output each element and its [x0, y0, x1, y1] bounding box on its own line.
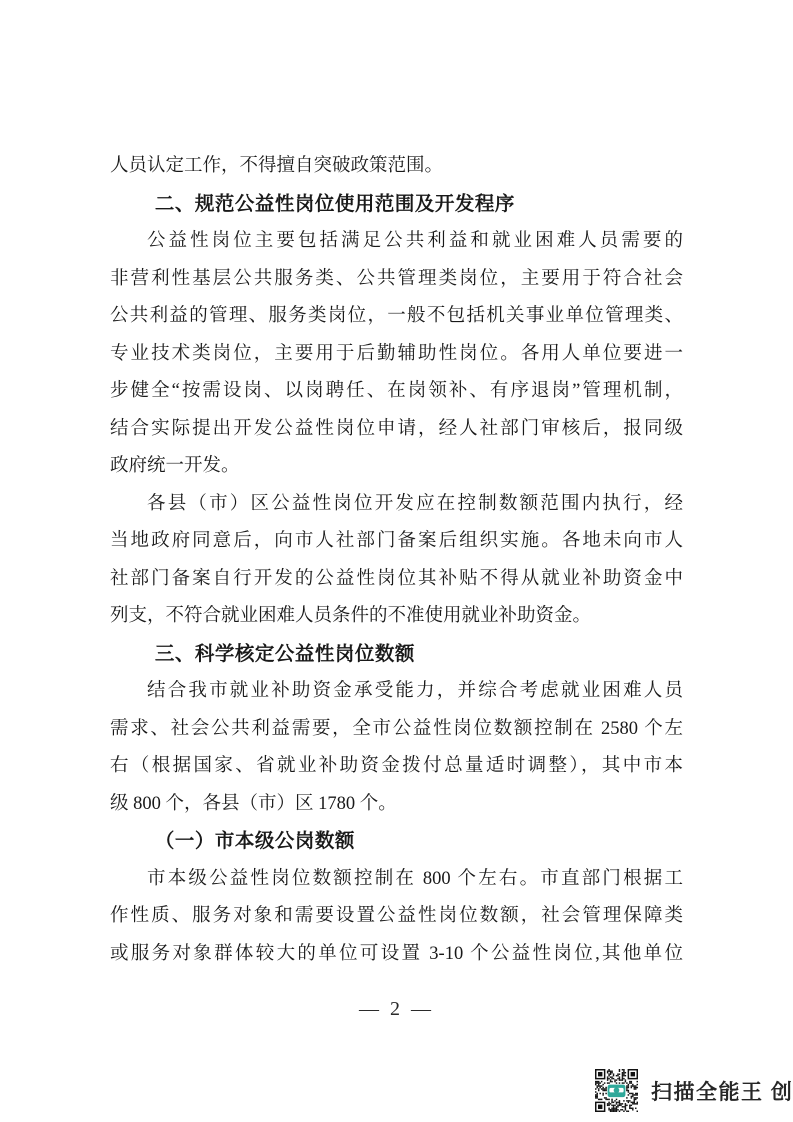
section-heading: （一）市本级公岗数额 [110, 823, 683, 861]
text-line: 社部门备案自行开发的公益性岗位其补贴不得从就业补助资金中 [110, 561, 683, 599]
text-line: 或服务对象群体较大的单位可设置 3-10 个公益性岗位,其他单位 [110, 936, 683, 974]
text-line: 作性质、服务对象和需要设置公益性岗位数额，社会管理保障类 [110, 898, 683, 936]
section-heading: 三、科学核定公益性岗位数额 [110, 636, 683, 674]
text-line: 当地政府同意后，向市人社部门备案后组织实施。各地未向市人 [110, 523, 683, 561]
text-line: 级 800 个，各县（市）区 1780 个。 [110, 786, 683, 824]
document-page: 人员认定工作，不得擅自突破政策范围。二、规范公益性岗位使用范围及开发程序公益性岗… [0, 0, 793, 1122]
camscanner-badge-label: 扫描全能王 创建 [651, 1076, 793, 1106]
text-line: 专业技术类岗位，主要用于后勤辅助性岗位。各用人单位要进一 [110, 336, 683, 374]
text-line: 市本级公益性岗位数额控制在 800 个左右。市直部门根据工 [110, 861, 683, 899]
text-line: 结合我市就业补助资金承受能力，并综合考虑就业困难人员 [110, 673, 683, 711]
document-text: 人员认定工作，不得擅自突破政策范围。二、规范公益性岗位使用范围及开发程序公益性岗… [110, 148, 683, 973]
text-line: 政府统一开发。 [110, 448, 683, 486]
camscanner-qr-icon [595, 1069, 638, 1112]
text-line: 人员认定工作，不得擅自突破政策范围。 [110, 148, 683, 186]
text-line: 需求、社会公共利益需要，全市公益性岗位数额控制在 2580 个左 [110, 711, 683, 749]
text-line: 公益性岗位主要包括满足公共利益和就业困难人员需要的 [110, 223, 683, 261]
text-line: 右（根据国家、省就业补助资金拨付总量适时调整），其中市本 [110, 748, 683, 786]
text-line: 非营利性基层公共服务类、公共管理类岗位，主要用于符合社会 [110, 261, 683, 299]
text-line: 各县（市）区公益性岗位开发应在控制数额范围内执行，经 [110, 486, 683, 524]
text-line: 列支，不符合就业困难人员条件的不准使用就业补助资金。 [110, 598, 683, 636]
text-line: 结合实际提出开发公益性岗位申请，经人社部门审核后，报同级 [110, 411, 683, 449]
section-heading: 二、规范公益性岗位使用范围及开发程序 [110, 186, 683, 224]
text-line: 公共利益的管理、服务类岗位，一般不包括机关事业单位管理类、 [110, 298, 683, 336]
camscanner-badge: 扫描全能王 创建 [595, 1069, 793, 1112]
page-number: — 2 — [0, 998, 793, 1021]
text-line: 步健全“按需设岗、以岗聘任、在岗领补、有序退岗”管理机制， [110, 373, 683, 411]
